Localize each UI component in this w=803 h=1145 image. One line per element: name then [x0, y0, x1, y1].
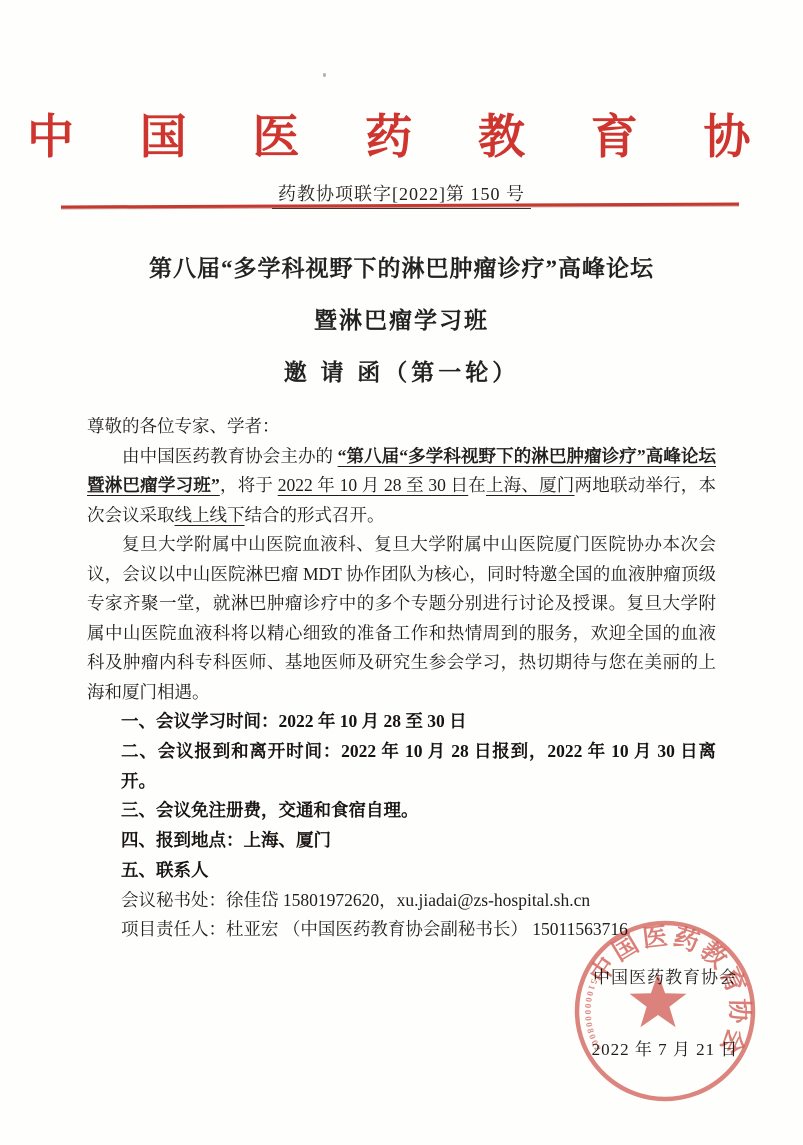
svg-text:510000008002: 510000008002 — [583, 978, 604, 1055]
list-item-2: 二、会议报到和离开时间：2022 年 10 月 28 日报到，2022 年 10… — [87, 737, 716, 797]
document-page: 中 国 医 药 教 育 协 会 药教协项联字[2022]第 150 号 第八届“… — [0, 0, 803, 1145]
doc-title-line3: 邀 请 函（第一轮） — [0, 354, 803, 387]
list-item-5: 五、联系人 — [87, 856, 716, 886]
paragraph-1: 由中国医药教育协会主办的 “第八届“多学科视野下的淋巴肿瘤诊疗”高峰论坛暨淋巴瘤… — [87, 442, 716, 531]
p1-dates: 2022 年 10 月 28 至 30 日 — [278, 475, 469, 495]
seal-code: 510000008002 — [583, 978, 604, 1055]
seal-star — [630, 973, 687, 1027]
p1-cities: 上海、厦门 — [486, 475, 575, 495]
paragraph-2: 复旦大学附属中山医院血液科、复旦大学附属中山医院厦门医院协办本次会议，会议以中山… — [87, 530, 716, 707]
list-item-4: 四、报到地点：上海、厦门 — [87, 826, 716, 856]
scan-speck — [323, 73, 326, 77]
list-item-3: 三、会议免注册费，交通和食宿自理。 — [87, 796, 716, 826]
official-seal: 中国医药教育协会 510000008002 — [570, 916, 760, 1106]
doc-title-line1: 第八届“多学科视野下的淋巴肿瘤诊疗”高峰论坛 — [0, 250, 803, 283]
letter-body: 尊敬的各位专家、学者： 由中国医药教育协会主办的 “第八届“多学科视野下的淋巴肿… — [87, 412, 716, 945]
list-item-1: 一、会议学习时间：2022 年 10 月 28 至 30 日 — [87, 707, 716, 737]
seal-rim-text: 中国医药教育协会 — [585, 922, 754, 1062]
p1-mid1: ，将于 — [220, 475, 278, 495]
p1-mid2: 在 — [468, 475, 486, 495]
doc-title-line2: 暨淋巴瘤学习班 — [0, 302, 803, 335]
svg-text:中国医药教育协会: 中国医药教育协会 — [585, 922, 754, 1062]
contact-secretariat: 会议秘书处：徐佳岱 15801972620，xu.jiadai@zs-hospi… — [87, 886, 716, 916]
letterhead-org-title: 中 国 医 药 教 育 协 会 — [0, 100, 803, 167]
salutation: 尊敬的各位专家、学者： — [87, 412, 716, 442]
p1-lead: 由中国医药教育协会主办的 — [122, 446, 338, 466]
p1-format: 线上线下 — [175, 505, 245, 525]
p1-tail: 结合的形式召开。 — [245, 505, 385, 525]
